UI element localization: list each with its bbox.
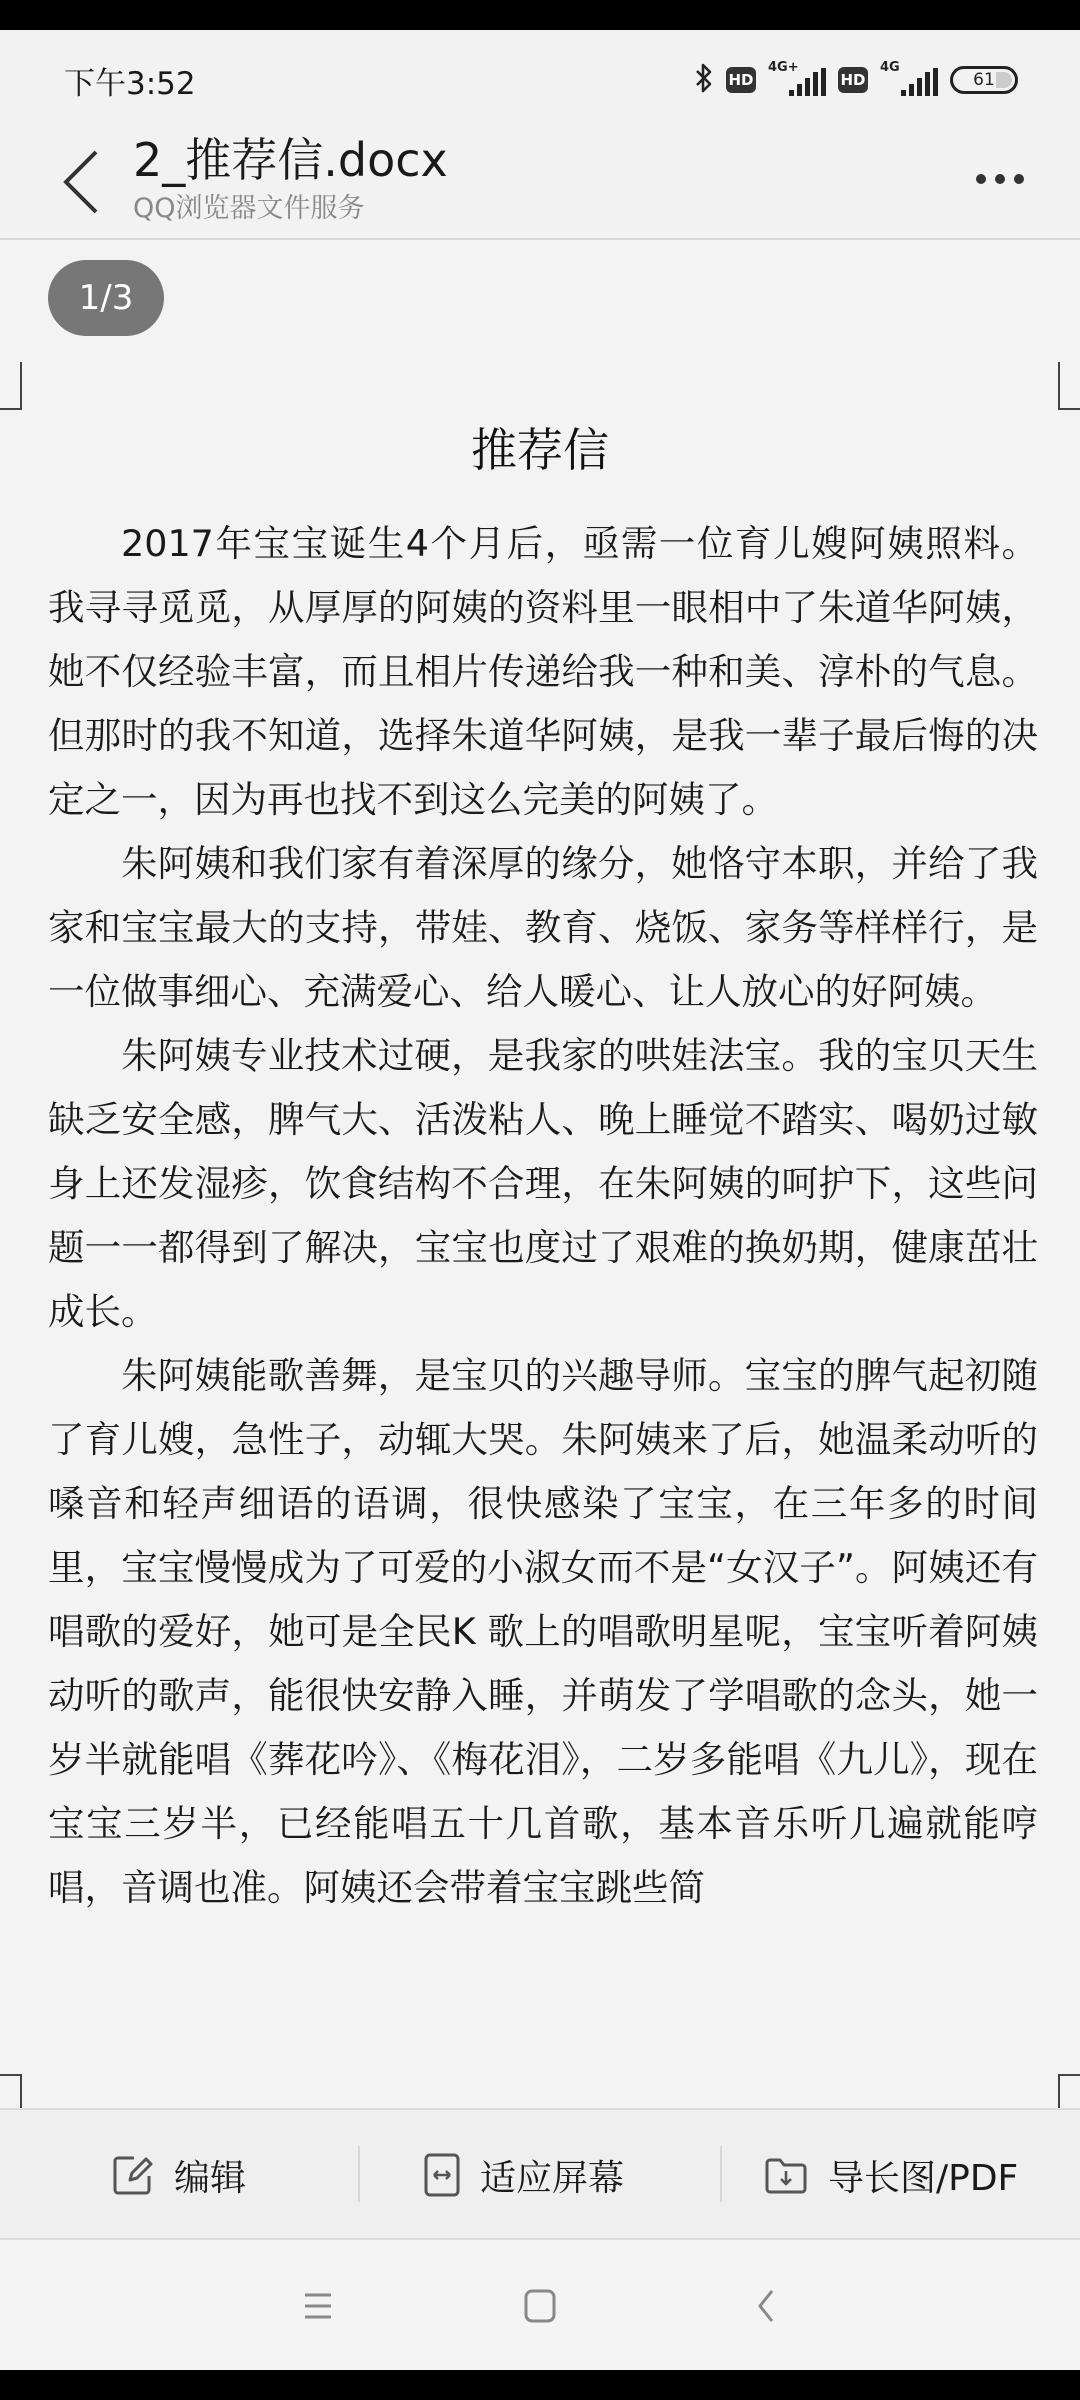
signal-4g-icon: 4G [880,64,938,96]
bottom-toolbar: 编辑 适应屏幕 导长图/PDF [0,2108,1080,2240]
battery-level: 61 [973,70,995,90]
paragraph: 2017年宝宝诞生4个月后，亟需一位育儿嫂阿姨照料。我寻寻觅觅，从厚厚的阿姨的资… [48,512,1038,832]
bottom-bezel [0,2370,1080,2400]
hd-icon: HD [726,67,756,93]
document-title: 推荐信 [0,414,1080,480]
toolbar-divider [358,2146,360,2202]
folder-download-icon [764,2155,808,2195]
fit-width-icon [424,2153,460,2197]
signal-4g-plus-icon: 4G+ [768,64,826,96]
page-corner-mark [1058,362,1080,410]
home-button[interactable] [510,2276,570,2336]
more-dots-icon [976,174,986,184]
recent-apps-button[interactable] [288,2276,348,2336]
status-bar: 下午3:52 HD 4G+ HD 4G 61 [0,30,1080,124]
export-image-pdf-button[interactable]: 导长图/PDF [764,2110,1018,2240]
fit-screen-label: 适应屏幕 [480,2150,624,2201]
export-label: 导长图/PDF [828,2150,1018,2201]
home-icon [524,2289,556,2323]
page-indicator: 1/3 [48,260,164,336]
edit-label: 编辑 [174,2150,246,2201]
paragraph: 朱阿姨和我们家有着深厚的缘分，她恪守本职，并给了我家和宝宝最大的支持，带娃、教育… [48,832,1038,1024]
chevron-left-icon [56,142,106,222]
menu-icon [303,2291,333,2321]
page-corner-mark [0,362,22,410]
edit-button[interactable]: 编辑 [112,2110,246,2240]
battery-icon: 61 [950,66,1018,94]
app-header: 2_推荐信.docx QQ浏览器文件服务 [0,124,1080,240]
file-source: QQ浏览器文件服务 [133,186,365,225]
paragraph: 朱阿姨专业技术过硬，是我家的哄娃法宝。我的宝贝天生缺乏安全感，脾气大、活泼粘人、… [48,1024,1038,1344]
bluetooth-icon [694,62,714,98]
edit-icon [112,2154,154,2196]
fit-screen-button[interactable]: 适应屏幕 [424,2110,624,2240]
top-bezel [0,0,1080,30]
page-corner-mark [0,2074,22,2108]
hd-icon: HD [838,67,868,93]
status-time: 下午3:52 [64,58,196,103]
back-button[interactable] [56,142,106,222]
screen: 下午3:52 HD 4G+ HD 4G 61 2_推荐信.do [0,0,1080,2400]
more-button[interactable] [976,164,1024,194]
document-viewer[interactable]: 1/3 推荐信 2017年宝宝诞生4个月后，亟需一位育儿嫂阿姨照料。我寻寻觅觅，… [0,242,1080,2108]
nav-back-button[interactable] [736,2276,796,2336]
page-corner-mark [1058,2074,1080,2108]
document-body: 2017年宝宝诞生4个月后，亟需一位育儿嫂阿姨照料。我寻寻觅觅，从厚厚的阿姨的资… [48,512,1038,1920]
system-nav-bar [0,2240,1080,2370]
paragraph: 朱阿姨能歌善舞，是宝贝的兴趣导师。宝宝的脾气起初随了育儿嫂，急性子，动辄大哭。朱… [48,1344,1038,1920]
toolbar-divider [720,2146,722,2202]
status-icons: HD 4G+ HD 4G 61 [694,60,1018,100]
back-icon [756,2289,776,2323]
file-title: 2_推荐信.docx [133,124,448,190]
